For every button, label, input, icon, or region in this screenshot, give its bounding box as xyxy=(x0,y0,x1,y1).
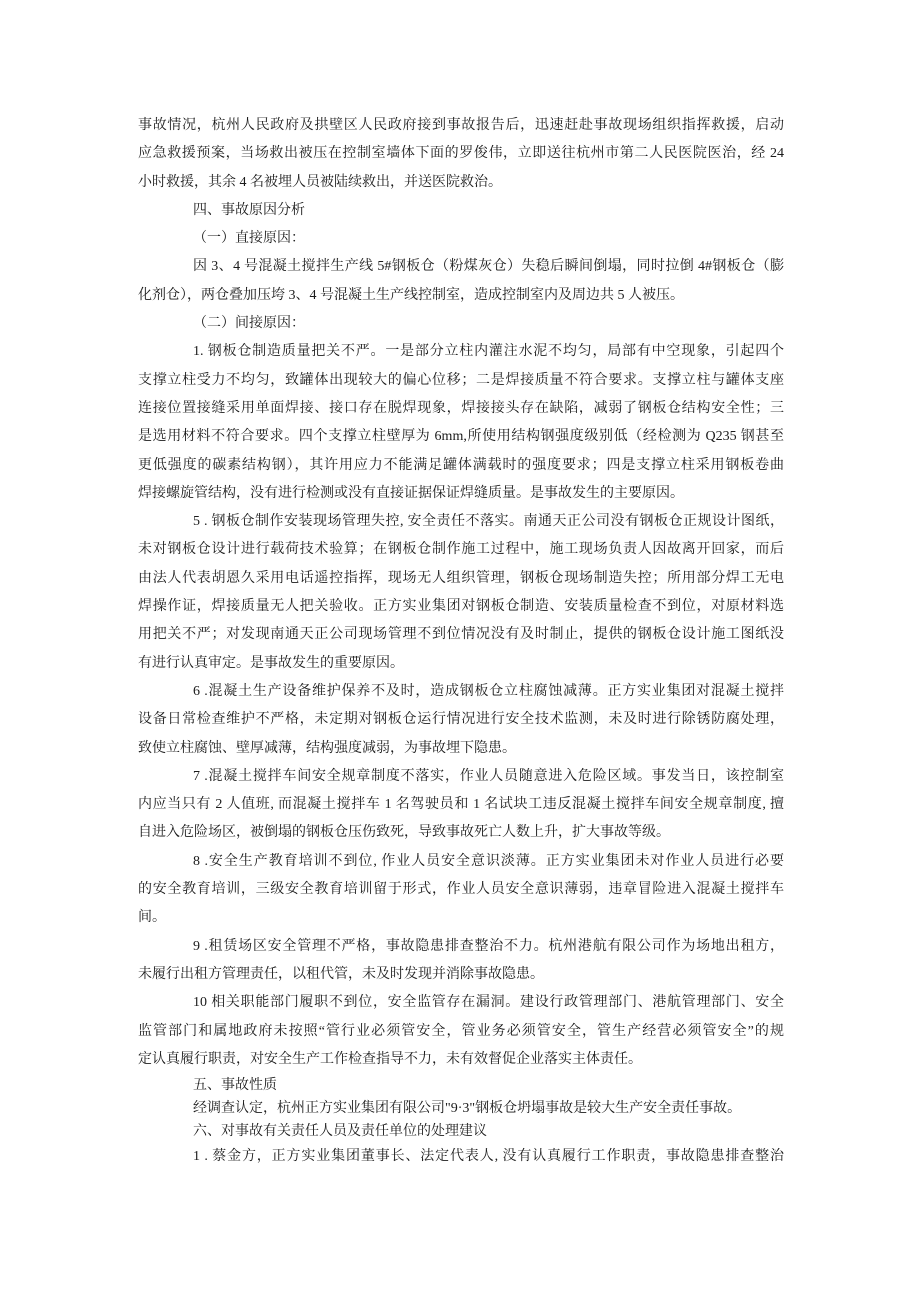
text-line: 设备日常检查维护不严格，未定期对钢板仓运行情况进行安全技术监测，未及时进行除锈防… xyxy=(138,706,784,734)
text-line: 经调查认定，杭州正方实业集团有限公司"9·3"钢板仓坍塌事故是较大生产安全责任事… xyxy=(138,1097,784,1120)
text-line: 9 .租赁场区安全管理不严格，事故隐患排查整治不力。杭州港航有限公司作为场地出租… xyxy=(138,933,784,961)
text-line: 连接位置接缝采用单面焊接、接口存在脱焊现象，焊接接头存在缺陷，减弱了钢板仓结构安… xyxy=(138,395,784,423)
text-line: 焊接螺旋管结构，没有进行检测或没有直接证据保证焊缝质量。是事故发生的主要原因。 xyxy=(138,480,784,508)
text-line: 焊操作证，焊接质量无人把关验收。正方实业集团对钢板仓制造、安装质量检查不到位，对… xyxy=(138,593,784,621)
text-line: 事故情况，杭州人民政府及拱壁区人民政府接到事故报告后，迅速赶赴事故现场组织指挥救… xyxy=(138,112,784,140)
text-line: 自进入危险场区，被倒塌的钢板仓压伤致死，导致事故死亡人数上升，扩大事故等级。 xyxy=(138,819,784,847)
text-line: 10 相关职能部门履职不到位，安全监管存在漏洞。建设行政管理部门、港航管理部门、… xyxy=(138,989,784,1017)
text-line: 六、对事故有关责任人员及责任单位的处理建议 xyxy=(138,1120,784,1143)
text-line: （一）直接原因： xyxy=(138,225,784,253)
text-line: 1. 钢板仓制造质量把关不严。一是部分立柱内灌注水泥不均匀，局部有中空现象，引起… xyxy=(138,338,784,366)
text-line: 五、事故性质 xyxy=(138,1074,784,1097)
text-line: 有进行认真审定。是事故发生的重要原因。 xyxy=(138,650,784,678)
document-page: 事故情况，杭州人民政府及拱壁区人民政府接到事故报告后，迅速赶赴事故现场组织指挥救… xyxy=(0,0,920,1301)
text-line: 定认真履行职责，对安全生产工作检查指导不力，未有效督促企业落实主体责任。 xyxy=(138,1046,784,1074)
text-line: 支撑立柱受力不均匀，致罐体出现较大的偏心位移；二是焊接质量不符合要求。支撑立柱与… xyxy=(138,367,784,395)
text-line: 未履行出租方管理责任，以租代管，未及时发现并消除事故隐患。 xyxy=(138,961,784,989)
text-line: 是选用材料不符合要求。四个支撑立柱壁厚为 6mm,所使用结构钢强度级别低（经检测… xyxy=(138,423,784,451)
document-body: 事故情况，杭州人民政府及拱壁区人民政府接到事故报告后，迅速赶赴事故现场组织指挥救… xyxy=(138,112,784,1171)
text-line: 监管部门和属地政府未按照“管行业必须管安全，管业务必须管安全，管生产经营必须管安… xyxy=(138,1018,784,1046)
text-line: （二）间接原因： xyxy=(138,310,784,338)
text-line: 四、事故原因分析 xyxy=(138,197,784,225)
text-line: 由法人代表胡恩久采用电话遥控指挥，现场无人组织管理，钢板仓现场制造失控；所用部分… xyxy=(138,565,784,593)
text-line: 未对钢板仓设计进行载荷技术验算；在钢板仓制作施工过程中，施工现场负责人因故离开回… xyxy=(138,536,784,564)
text-line: 应急救援预案，当场救出被压在控制室墙体下面的罗俊伟，立即送往杭州市第二人民医院医… xyxy=(138,140,784,168)
text-line: 的安全教育培训，三级安全教育培训留于形式，作业人员安全意识薄弱，违章冒险进入混凝… xyxy=(138,876,784,904)
text-line: 因 3、4 号混凝土搅拌生产线 5#钢板仓（粉煤灰仓）失稳后瞬间倒塌，同时拉倒 … xyxy=(138,253,784,281)
text-line: 7 .混凝土搅拌车间安全规章制度不落实，作业人员随意进入危险区域。事发当日，该控… xyxy=(138,763,784,791)
text-line: 8 .安全生产教育培训不到位, 作业人员安全意识淡薄。正方实业集团未对作业人员进… xyxy=(138,848,784,876)
text-line: 用把关不严；对发现南通天正公司现场管理不到位情况没有及时制止，提供的钢板仓设计施… xyxy=(138,621,784,649)
text-line: 间。 xyxy=(138,904,784,932)
text-line: 化剂仓），两仓叠加压垮 3、4 号混凝土生产线控制室，造成控制室内及周边共 5 … xyxy=(138,282,784,310)
text-line: 5 . 钢板仓制作安装现场管理失控, 安全责任不落实。南通天正公司没有钢板仓正规… xyxy=(138,508,784,536)
text-line: 小时救援，其余 4 名被埋人员被陆续救出，并送医院救治。 xyxy=(138,169,784,197)
text-line: 内应当只有 2 人值班, 而混凝土搅拌车 1 名驾驶员和 1 名试块工违反混凝土… xyxy=(138,791,784,819)
text-line: 6 .混凝土生产设备维护保养不及时，造成钢板仓立柱腐蚀减薄。正方实业集团对混凝土… xyxy=(138,678,784,706)
text-line: 1 . 蔡金方，正方实业集团董事长、法定代表人, 没有认真履行工作职责，事故隐患… xyxy=(138,1143,784,1171)
text-line: 更低强度的碳素结构钢），其许用应力不能满足罐体满载时的强度要求；四是支撑立柱采用… xyxy=(138,452,784,480)
text-line: 致使立柱腐蚀、壁厚减薄，结构强度减弱，为事故埋下隐患。 xyxy=(138,735,784,763)
